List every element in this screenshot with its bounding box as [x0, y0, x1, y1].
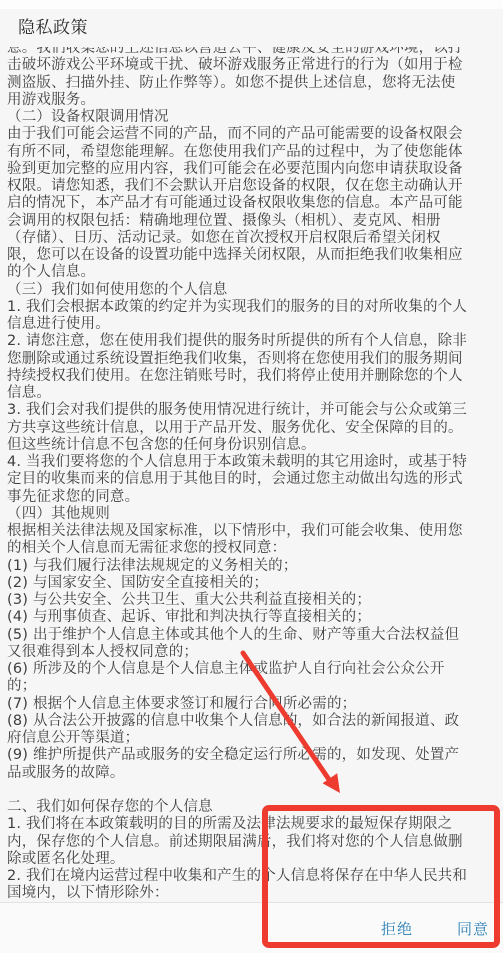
- policy-text-line: 又很难得到本人授权同意的；: [7, 644, 497, 661]
- policy-text-line: 1. 我们会根据本政策的约定并为实现我们的服务的目的对所收集的个人: [7, 299, 497, 316]
- policy-text-line: 除或匿名化处理。: [7, 851, 497, 868]
- policy-text-line: 事先征求您的同意。: [7, 489, 497, 506]
- policy-text-line: 用游戏服务。: [7, 92, 497, 109]
- policy-text-line: 府信息公开等渠道；: [7, 730, 497, 747]
- policy-text-line: 根据相关法律法规及国家标准，以下情形中，我们可能会收集、使用您: [7, 523, 497, 540]
- policy-text-line: 持续授权我们使用。在您注销账号时，我们将停止使用并删除您的个人: [7, 368, 497, 385]
- policy-text-line: 2. 请您注意，您在使用我们提供的服务时所提供的所有个人信息，除非: [7, 333, 497, 350]
- policy-text-line: (7) 根据个人信息主体要求签订和履行合同所必需的；: [7, 696, 497, 713]
- policy-text-line: （存储）、日历、活动记录。如您在首次授权开启权限后希望关闭权: [7, 230, 497, 247]
- policy-text-line: 信息。: [7, 385, 497, 402]
- policy-text-line: (2) 与国家安全、国防安全直接相关的；: [7, 575, 497, 592]
- policy-text-line: 方共享这些统计信息，以用于产品开发、服务优化、安全保障的目的。: [7, 420, 497, 437]
- policy-text-line: 但这些统计信息不包含您的任何身份识别信息。: [7, 437, 497, 454]
- policy-text-line: [7, 782, 497, 799]
- policy-text-line: 由于我们可能会运营不同的产品，而不同的产品可能需要的设备权限会: [7, 126, 497, 143]
- policy-text-line: 验到更加完整的应用内容，我们可能会在必要范围内向您申请获取设备: [7, 161, 497, 178]
- policy-text-line: (9) 维护所提供产品或服务的安全稳定运行所必需的，如发现、处置产: [7, 747, 497, 764]
- policy-text-line: 测盗版、扫描外挂、防止作弊等）。如您不提供上述信息，您将无法使: [7, 75, 497, 92]
- dialog-button-bar: 拒绝 同意: [0, 902, 503, 953]
- policy-text-line: 定目的收集而来的信息用于其他目的时，会通过您主动做出勾选的形式: [7, 471, 497, 488]
- refuse-button[interactable]: 拒绝: [379, 914, 415, 943]
- policy-text-line: 的；: [7, 678, 497, 695]
- policy-text-line: 您删除或通过系统设置拒绝我们收集，否则将在您使用我们的服务期间: [7, 351, 497, 368]
- policy-text-line: 限，您可以在设备的设置功能中选择关闭权限，从而拒绝我们收集相应: [7, 247, 497, 264]
- policy-text-line: 击破坏游戏公平环境或干扰、破坏游戏服务正常进行的行为（如用于检: [7, 57, 497, 74]
- policy-text-line: （三）我们如何使用您的个人信息: [7, 282, 497, 299]
- policy-text-line: (5) 出于维护个人信息主体或其他个人的生命、财产等重大合法权益但: [7, 627, 497, 644]
- policy-text-line: 二、我们如何保存您的个人信息: [7, 799, 497, 816]
- policy-text-line: (3) 与公共安全、公共卫生、重大公共利益直接相关的；: [7, 592, 497, 609]
- policy-text-line: 有所不同，希望您能理解。在您使用我们产品的过程中，为了使您能体: [7, 144, 497, 161]
- policy-text-line: 内，保存您的个人信息。前述期限届满后，我们将对您的个人信息做删: [7, 834, 497, 851]
- policy-text-line: 国境内，以下情形除外：: [7, 885, 497, 902]
- policy-text-line: 1. 我们将在本政策载明的目的所需及法律法规要求的最短保存期限之: [7, 816, 497, 833]
- policy-text-line: 的个人信息。: [7, 264, 497, 281]
- policy-text-line: 的相关个人信息而无需征求您的授权同意：: [7, 540, 497, 557]
- status-bar-strip: [0, 0, 503, 9]
- policy-text-line: (6) 所涉及的个人信息是个人信息主体或监护人自行向社会公众公开: [7, 661, 497, 678]
- policy-text-line: 会调用的权限包括：精确地理位置、摄像头（相机）、麦克风、相册: [7, 213, 497, 230]
- policy-text-line: (4) 与刑事侦查、起诉、审批和判决执行等直接相关的；: [7, 609, 497, 626]
- policy-text-line: 2. 我们在境内运营过程中收集和产生的个人信息将保存在中华人民共和: [7, 868, 497, 885]
- policy-text-line: (8) 从合法公开披露的信息中收集个人信息的，如合法的新闻报道、政: [7, 713, 497, 730]
- policy-text-line: 4. 当我们要将您的个人信息用于本政策未载明的其它用途时，或基于特: [7, 454, 497, 471]
- policy-text-line: 权限。请您知悉，我们不会默认开启您设备的权限，仅在您主动确认开: [7, 178, 497, 195]
- policy-text-line: （四）其他规则: [7, 506, 497, 523]
- policy-text-line: 品或服务的故障。: [7, 765, 497, 782]
- policy-text-line: （二）设备权限调用情况: [7, 109, 497, 126]
- policy-text-line: 3. 我们会对我们提供的服务使用情况进行统计，并可能会与公众或第三: [7, 402, 497, 419]
- privacy-policy-screen: 息。我们收集您的上述信息以营造公平、健康及安全的游戏环境，以打击破坏游戏公平环境…: [0, 0, 503, 953]
- policy-text-line: 信息进行使用。: [7, 316, 497, 333]
- policy-text-line: (1) 与我们履行法律法规规定的义务相关的；: [7, 558, 497, 575]
- agree-button[interactable]: 同意: [455, 914, 491, 943]
- page-title: 隐私政策: [18, 13, 88, 38]
- policy-text-line: 启的情况下，本产品才有可能通过设备权限收集您的信息。本产品可能: [7, 195, 497, 212]
- policy-text: 息。我们收集您的上述信息以营造公平、健康及安全的游戏环境，以打击破坏游戏公平环境…: [7, 40, 497, 903]
